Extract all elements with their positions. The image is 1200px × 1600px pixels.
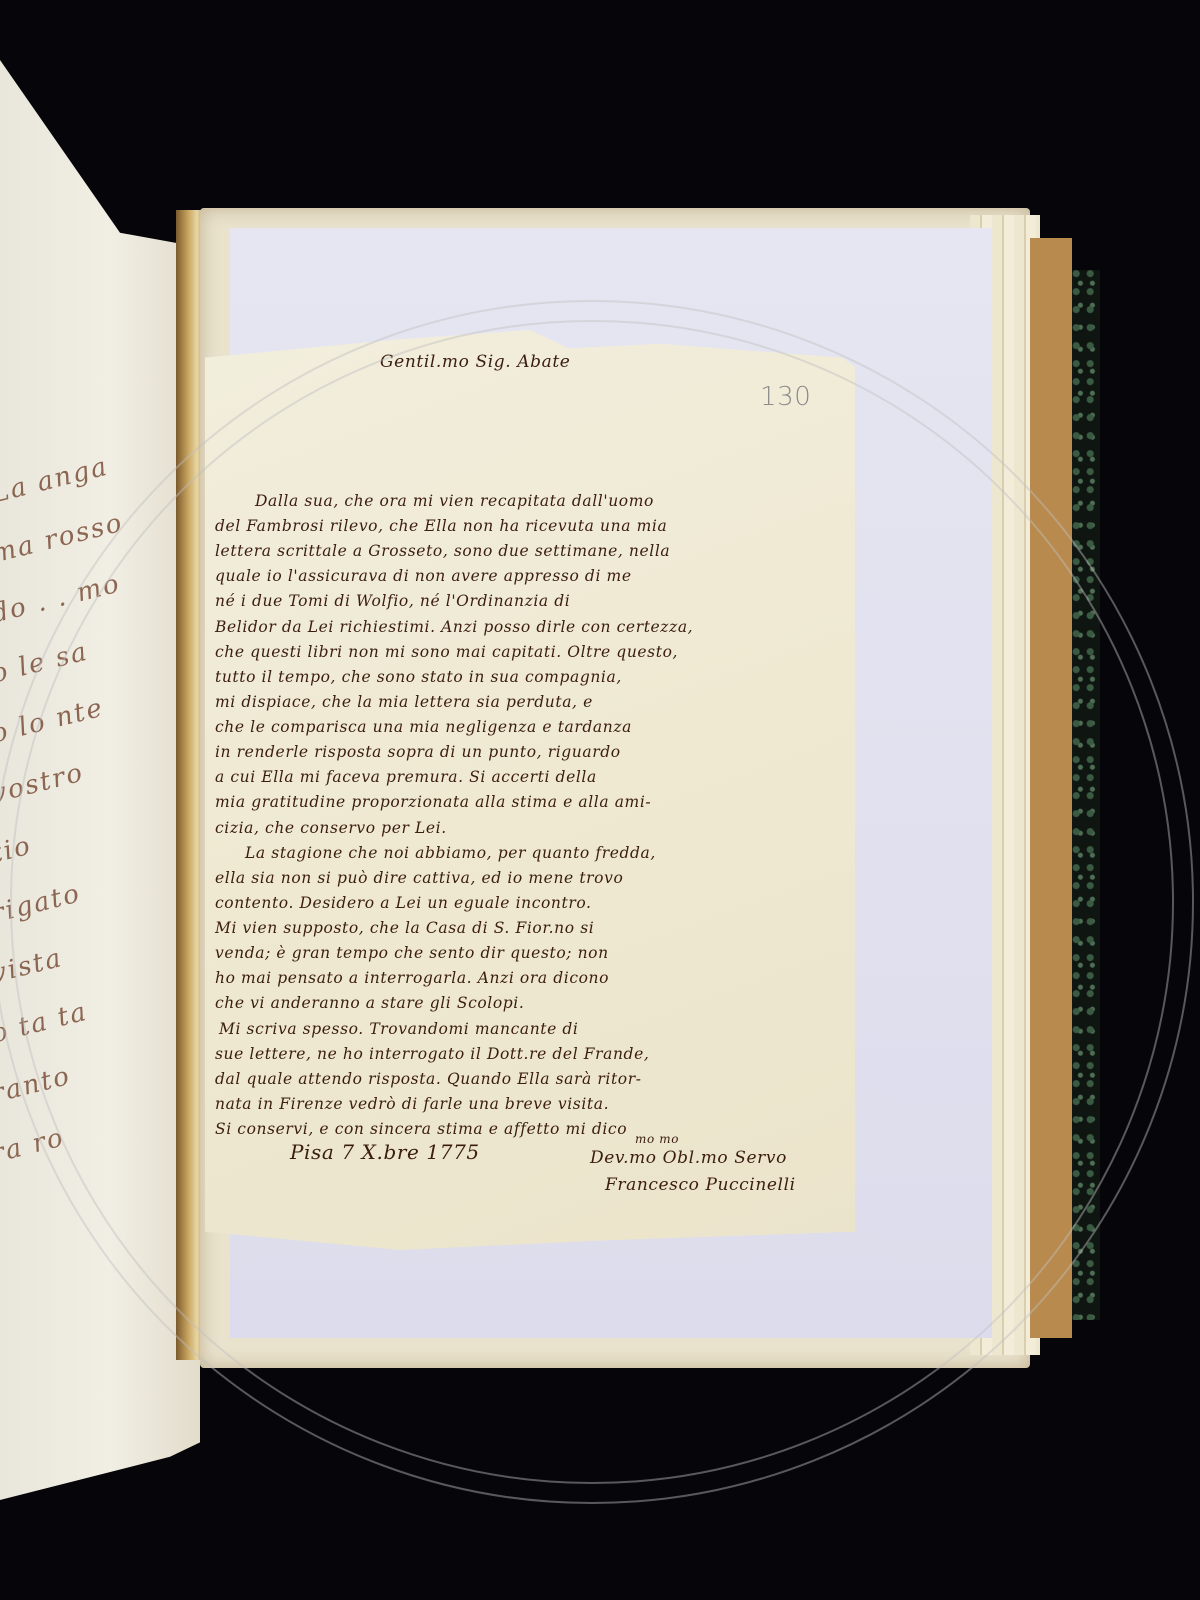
letter-line: Si conservi, e con sincera stima e affet… (215, 1120, 627, 1138)
letter-line: che vi anderanno a stare gli Scolopi. (215, 994, 524, 1012)
letter-line: del Fambrosi rilevo, che Ella non ha ric… (215, 517, 667, 535)
letter-line: che le comparisca una mia negligenza e t… (215, 718, 632, 736)
letter-line: in renderle risposta sopra di un punto, … (215, 743, 621, 761)
letter-line: ella sia non si può dire cattiva, ed io … (215, 869, 623, 887)
left-page-text: o le sa (0, 637, 91, 690)
letter-line: Belidor da Lei richiestimi. Anzi posso d… (215, 618, 693, 636)
letter-line: Mi vien supposto, che la Casa di S. Fior… (215, 919, 594, 937)
letter-line: ho mai pensato a interrogarla. Anzi ora … (215, 969, 609, 987)
left-page-text: vista (0, 943, 66, 990)
letter-line: tutto il tempo, che sono stato in sua co… (215, 668, 622, 686)
left-page-text: La anga (0, 452, 112, 510)
binding-board (1030, 238, 1072, 1338)
left-page-text: tio (0, 831, 35, 870)
left-page-text: vostro (0, 758, 87, 810)
letter-line: a cui Ella mi faceva premura. Si accerti… (215, 768, 597, 786)
left-page-text: o lo nte (0, 693, 107, 750)
letter-line: lettera scrittale a Grosseto, sono due s… (215, 542, 670, 560)
salutation: Gentil.mo Sig. Abate (380, 352, 570, 372)
left-page-verso: La anga ma rosso do . . mo o le sa o lo … (0, 60, 200, 1500)
letter-sheet: Gentil.mo Sig. Abate 130 Dalla sua, che … (205, 330, 855, 1250)
letter-line: dal quale attendo risposta. Quando Ella … (215, 1070, 642, 1088)
letter-line: mia gratitudine proporzionata alla stima… (215, 793, 651, 811)
letter-line: Dalla sua, che ora mi vien recapitata da… (255, 492, 654, 510)
folio-number: 130 (760, 382, 811, 412)
letter-line: cizia, che conservo per Lei. (215, 819, 447, 837)
left-page-text: do . . mo (0, 569, 124, 630)
letter-line: quale io l'assicurava di non avere appre… (215, 567, 632, 585)
letter-line: contento. Desidero a Lei un eguale incon… (215, 894, 592, 912)
left-page-text: ra ro (0, 1122, 68, 1169)
left-page-text: o ta ta (0, 997, 91, 1050)
letter-line: che questi libri non mi sono mai capitat… (215, 643, 678, 661)
letter-line: né i due Tomi di Wolfio, né l'Ordinanzia… (215, 592, 570, 610)
left-page-text: ranto (0, 1061, 74, 1110)
letter-line: Mi scriva spesso. Trovandomi mancante di (219, 1020, 578, 1038)
letter-line: nata in Firenze vedrò di farle una breve… (215, 1095, 609, 1113)
closing-superscript: mo mo (635, 1132, 679, 1146)
left-page-text: ma rosso (0, 508, 126, 570)
letter-line: venda; è gran tempo che sento dir questo… (215, 944, 609, 962)
closing: Dev.mo Obl.mo Servo (590, 1148, 787, 1168)
left-page-text: rigato (0, 878, 84, 929)
signature: Francesco Puccinelli (605, 1175, 796, 1195)
marbled-cover (1072, 270, 1100, 1320)
place-date: Pisa 7 X.bre 1775 (290, 1140, 480, 1164)
letter-line: mi dispiace, che la mia lettera sia perd… (215, 693, 593, 711)
letter-line: sue lettere, ne ho interrogato il Dott.r… (215, 1045, 649, 1063)
letter-line: La stagione che noi abbiamo, per quanto … (245, 844, 656, 862)
